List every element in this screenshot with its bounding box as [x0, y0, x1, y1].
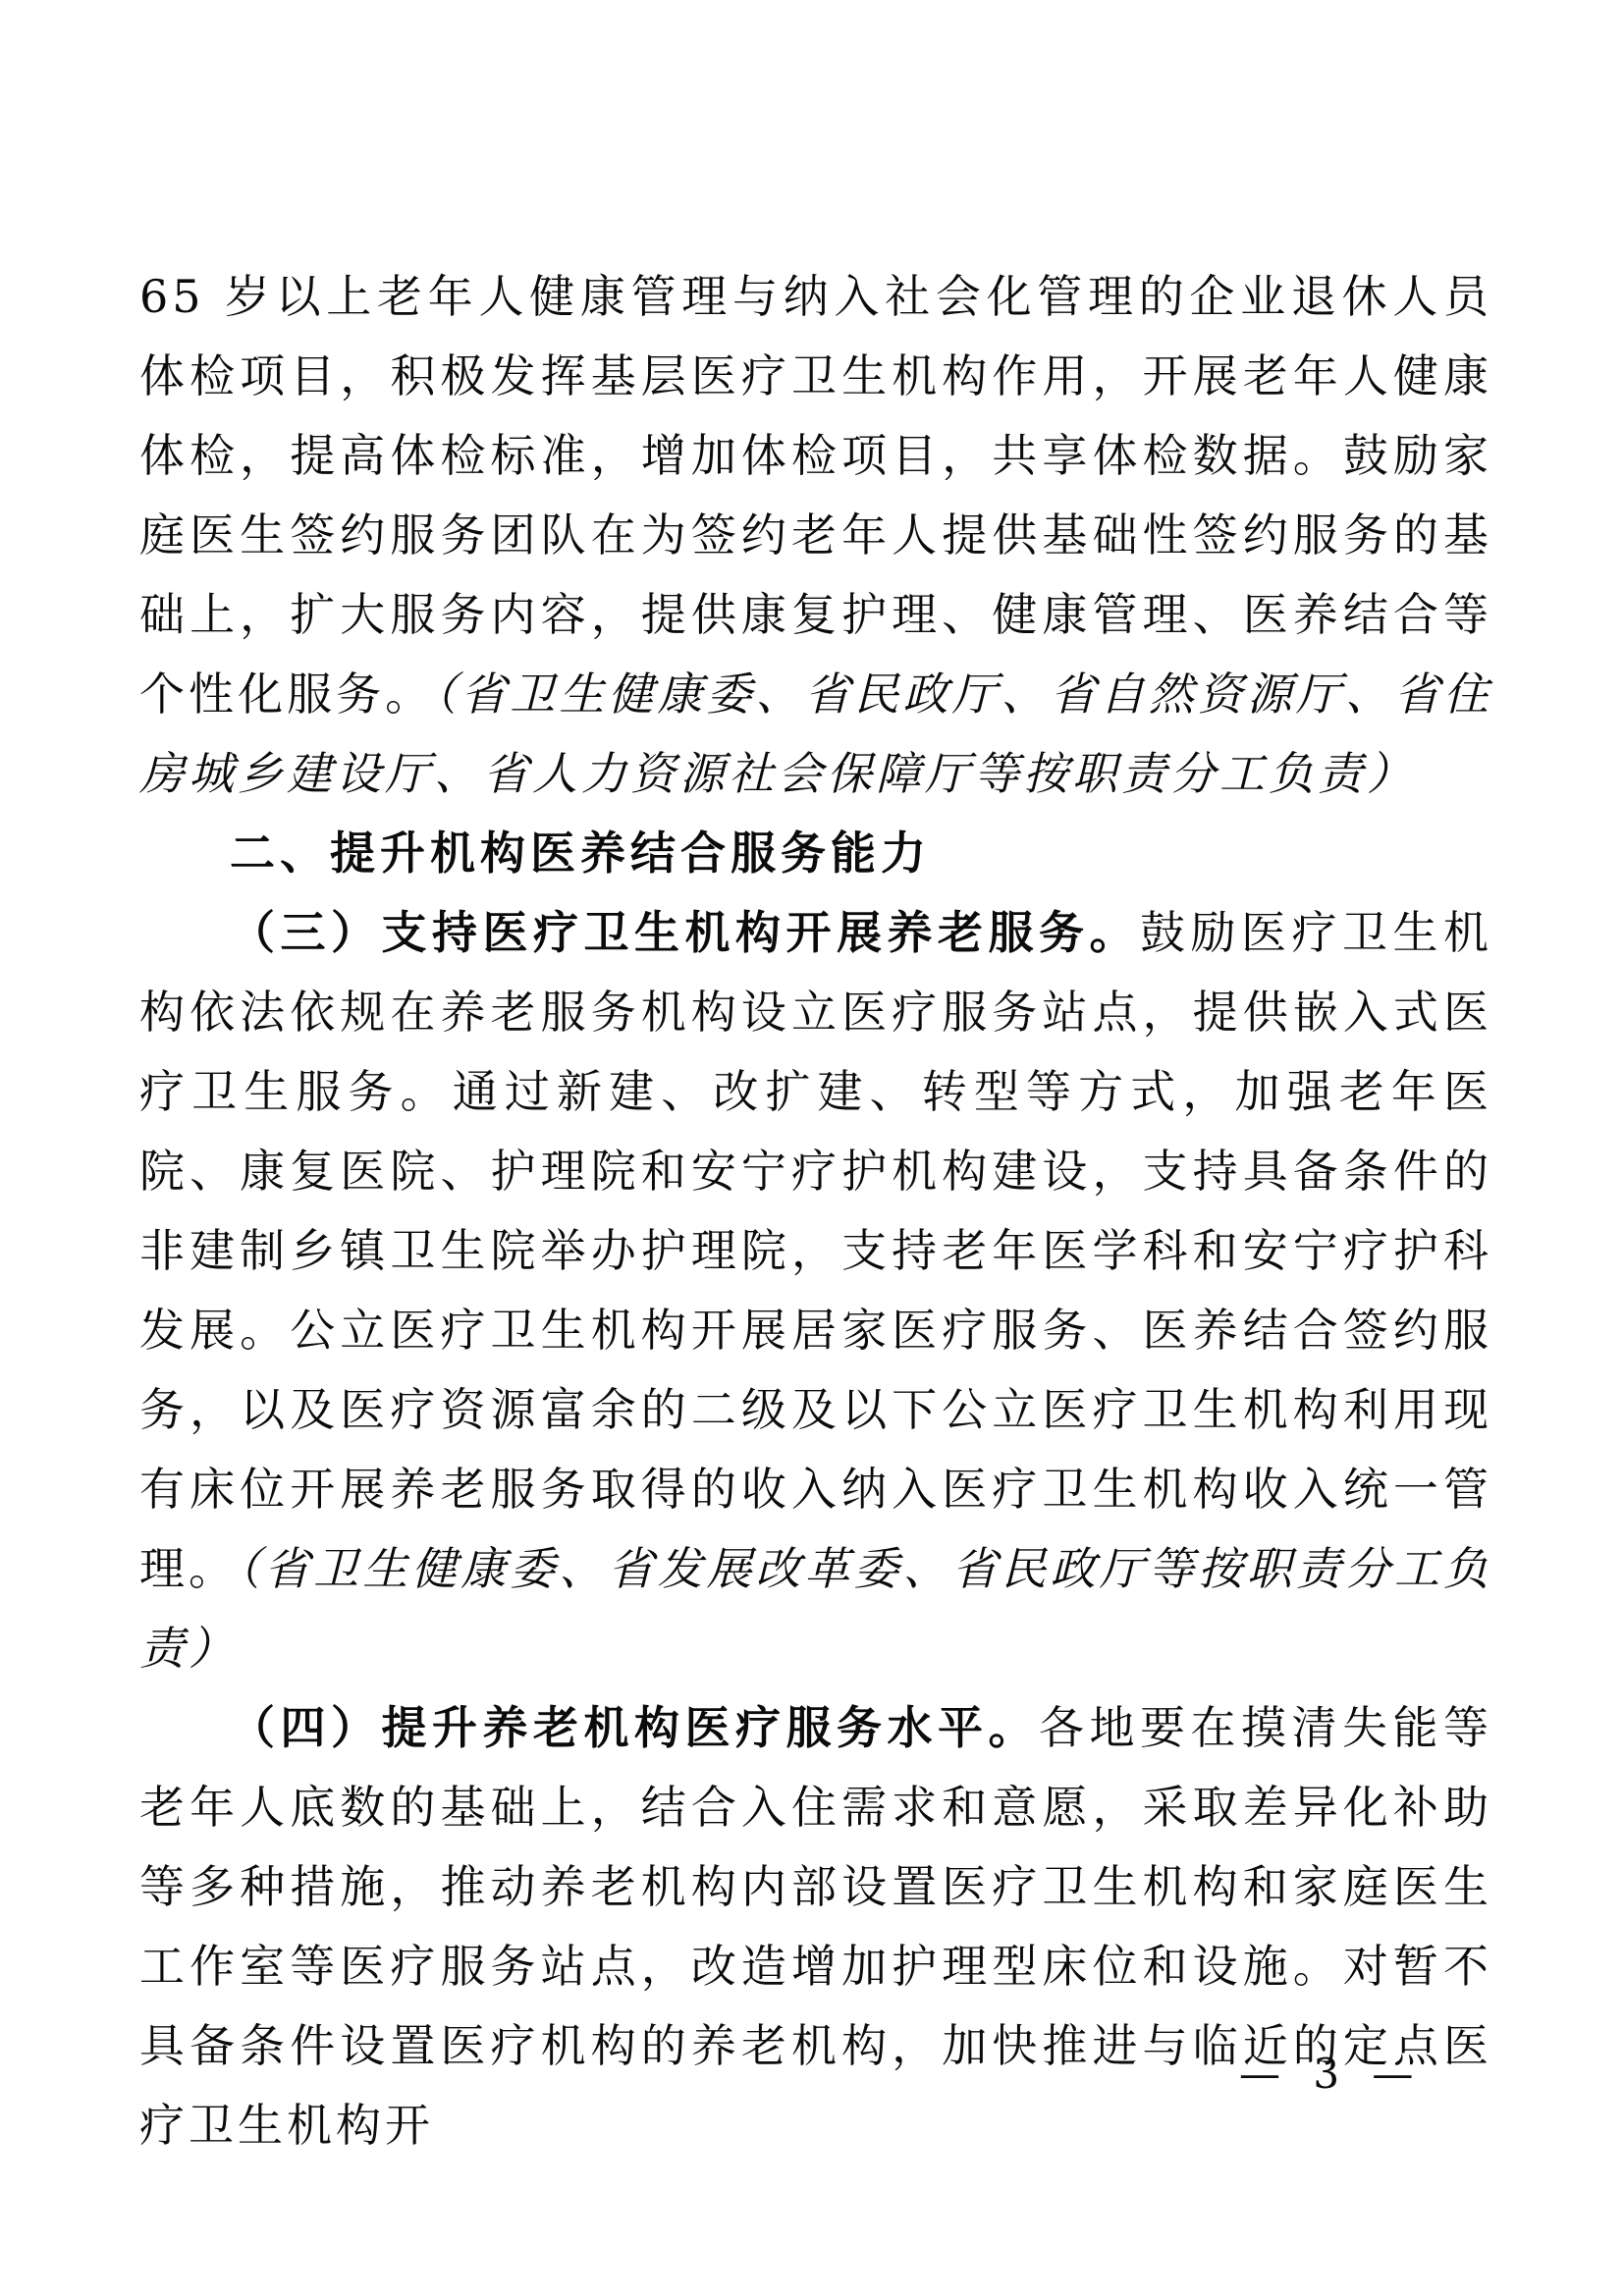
- text-segment-bold: （三）支持医疗卫生机构开展养老服务。: [230, 906, 1140, 959]
- document-body: 65 岁以上老年人健康管理与纳入社会化管理的企业退休人员体检项目，积极发挥基层医…: [139, 257, 1492, 2165]
- text-segment-normal: 65 岁以上老年人健康管理与纳入社会化管理的企业退休人员体检项目，积极发挥基层医…: [139, 270, 1492, 721]
- section-heading: 二、提升机构医养结合服务能力: [139, 814, 1492, 893]
- text-segment-heading: 二、提升机构医养结合服务能力: [230, 827, 931, 880]
- text-segment-bold: （四）提升养老机构医疗服务水平。: [230, 1701, 1039, 1754]
- text-segment-normal: 鼓励医疗卫生机构依法依规在养老服务机构设立医疗服务站点，提供嵌入式医疗卫生服务。…: [139, 906, 1492, 1595]
- document-page: 65 岁以上老年人健康管理与纳入社会化管理的企业退休人员体检项目，积极发挥基层医…: [0, 0, 1624, 2296]
- page-number: — 3 —: [1239, 2050, 1423, 2098]
- paragraph: （三）支持医疗卫生机构开展养老服务。鼓励医疗卫生机构依法依规在养老服务机构设立医…: [139, 893, 1492, 1688]
- paragraph: 65 岁以上老年人健康管理与纳入社会化管理的企业退休人员体检项目，积极发挥基层医…: [139, 257, 1492, 814]
- text-segment-kai: （省卫生健康委、省发展改革委、省民政厅等按职责分工负责）: [139, 1542, 1492, 1675]
